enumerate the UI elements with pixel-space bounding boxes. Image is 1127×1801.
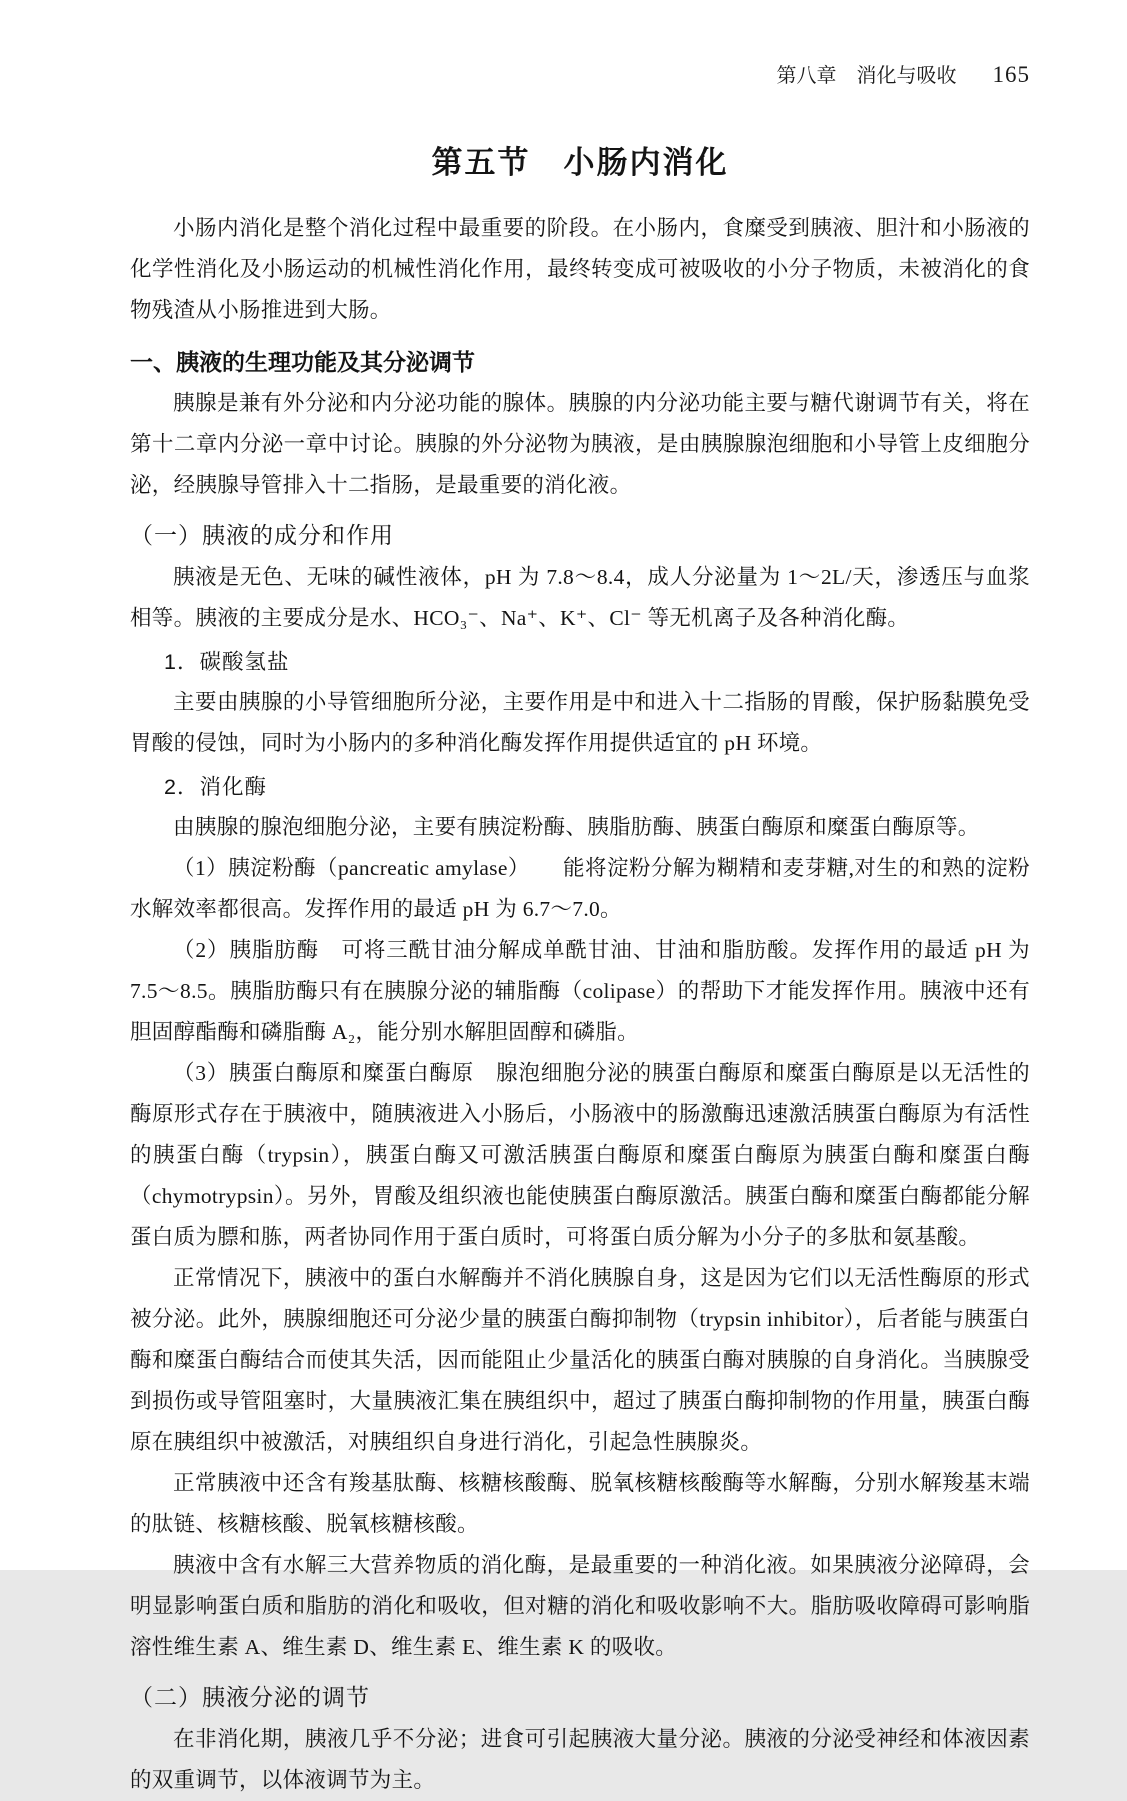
section-title: 第五节 小肠内消化 xyxy=(130,137,1030,182)
paragraph-bicarbonate: 主要由胰腺的小导管细胞所分泌，主要作用是中和进入十二指肠的胃酸，保护肠黏膜免受胃… xyxy=(130,682,1030,764)
heading-secretion-regulation: （二）胰液分泌的调节 xyxy=(130,1681,1030,1713)
heading-juice-composition: （一）胰液的成分和作用 xyxy=(130,519,1030,551)
chapter-title: 第八章 消化与吸收 xyxy=(777,63,957,89)
paragraph-pancreas-overview: 胰腺是兼有外分泌和内分泌功能的腺体。胰腺的内分泌功能主要与糖代谢调节有关，将在第… xyxy=(130,383,1030,506)
heading-digestive-enzymes: 2．消化酶 xyxy=(164,771,1030,803)
paragraph-lipase: （2）胰脂肪酶 可将三酰甘油分解成单酰甘油、甘油和脂肪酸。发挥作用的最适 pH … xyxy=(130,930,1030,1053)
paragraph-importance: 胰液中含有水解三大营养物质的消化酶，是最重要的一种消化液。如果胰液分泌障碍，会明… xyxy=(130,1545,1030,1668)
textbook-page: 第八章 消化与吸收 165 第五节 小肠内消化 小肠内消化是整个消化过程中最重要… xyxy=(0,0,1127,1570)
paragraph-other-hydrolases: 正常胰液中还含有羧基肽酶、核糖核酸酶、脱氧核糖核酸酶等水解酶，分别水解羧基末端的… xyxy=(130,1463,1030,1545)
paragraph-secretion-regulation: 在非消化期，胰液几乎不分泌；进食可引起胰液大量分泌。胰液的分泌受神经和体液因素的… xyxy=(130,1719,1030,1801)
paragraph-trypsinogen: （3）胰蛋白酶原和糜蛋白酶原 腺泡细胞分泌的胰蛋白酶原和糜蛋白酶原是以无活性的酶… xyxy=(130,1053,1030,1258)
page-number: 165 xyxy=(993,62,1031,88)
paragraph-intro: 小肠内消化是整个消化过程中最重要的阶段。在小肠内，食糜受到胰液、胆汁和小肠液的化… xyxy=(130,208,1030,331)
heading-pancreatic-juice-function: 一、胰液的生理功能及其分泌调节 xyxy=(130,346,1030,378)
running-header: 第八章 消化与吸收 165 xyxy=(130,62,1030,89)
paragraph-self-digestion: 正常情况下，胰液中的蛋白水解酶并不消化胰腺自身，这是因为它们以无活性酶原的形式被… xyxy=(130,1258,1030,1463)
heading-bicarbonate: 1．碳酸氢盐 xyxy=(164,646,1030,678)
paragraph-enzymes-overview: 由胰腺的腺泡细胞分泌，主要有胰淀粉酶、胰脂肪酶、胰蛋白酶原和糜蛋白酶原等。 xyxy=(130,807,1030,848)
paragraph-juice-properties: 胰液是无色、无味的碱性液体，pH 为 7.8～8.4，成人分泌量为 1～2L/天… xyxy=(130,557,1030,639)
paragraph-amylase: （1）胰淀粉酶（pancreatic amylase） 能将淀粉分解为糊精和麦芽… xyxy=(130,848,1030,930)
